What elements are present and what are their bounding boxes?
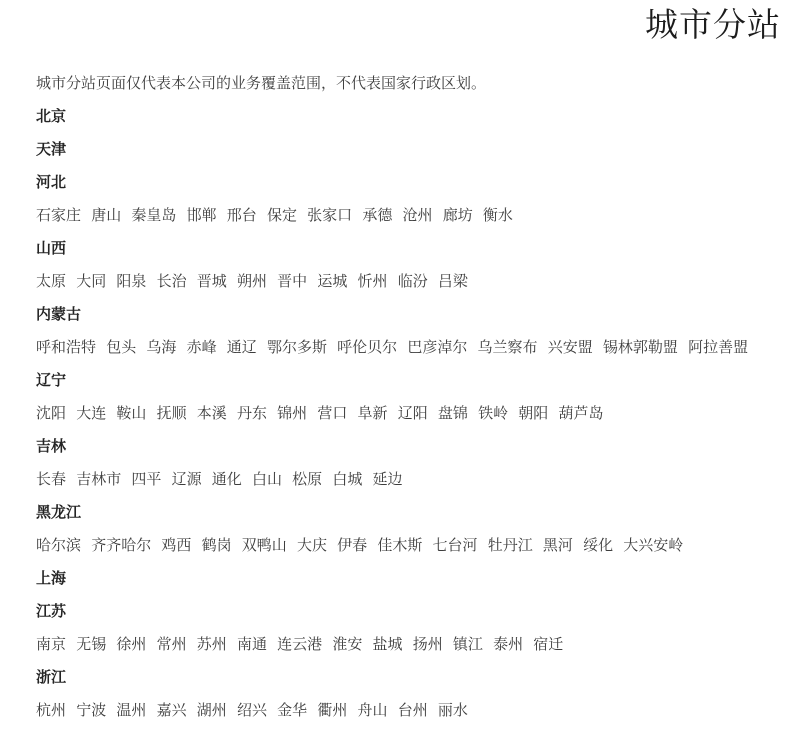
city-link[interactable]: 鹤岗 (202, 536, 232, 556)
city-link[interactable]: 太原 (36, 272, 66, 292)
city-link[interactable]: 四平 (131, 470, 161, 490)
city-link[interactable]: 湖州 (197, 701, 227, 721)
city-link[interactable]: 温州 (116, 701, 146, 721)
city-link[interactable]: 淮安 (332, 635, 362, 655)
city-link[interactable]: 营口 (317, 404, 347, 424)
city-link[interactable]: 盘锦 (438, 404, 468, 424)
city-link[interactable]: 长春 (36, 470, 66, 490)
city-link[interactable]: 张家口 (307, 206, 352, 226)
city-link[interactable]: 乌兰察布 (478, 338, 538, 358)
city-link[interactable]: 常州 (157, 635, 187, 655)
page-description: 城市分站页面仅代表本公司的业务覆盖范围，不代表国家行政区划。 (36, 74, 781, 94)
city-list: 杭州 宁波 温州 嘉兴 湖州 绍兴 金华 衢州 舟山 台州 丽水 (36, 701, 781, 721)
city-link[interactable]: 镇江 (453, 635, 483, 655)
city-link[interactable]: 锡林郭勒盟 (603, 338, 678, 358)
city-link[interactable]: 白山 (252, 470, 282, 490)
city-link[interactable]: 抚顺 (157, 404, 187, 424)
city-link[interactable]: 邯郸 (187, 206, 217, 226)
city-link[interactable]: 丹东 (237, 404, 267, 424)
province-heading: 黑龙江 (36, 503, 781, 523)
city-link[interactable]: 赤峰 (187, 338, 217, 358)
city-link[interactable]: 兴安盟 (548, 338, 593, 358)
city-link[interactable]: 无锡 (76, 635, 106, 655)
province-heading: 江苏 (36, 602, 781, 622)
city-link[interactable]: 大兴安岭 (623, 536, 683, 556)
city-link[interactable]: 台州 (398, 701, 428, 721)
city-link[interactable]: 双鸭山 (242, 536, 287, 556)
city-list: 长春 吉林市 四平 辽源 通化 白山 松原 白城 延边 (36, 470, 781, 490)
city-link[interactable]: 南京 (36, 635, 66, 655)
city-link[interactable]: 黑河 (543, 536, 573, 556)
city-link[interactable]: 沈阳 (36, 404, 66, 424)
city-list: 呼和浩特 包头 乌海 赤峰 通辽 鄂尔多斯 呼伦贝尔 巴彦淖尔 乌兰察布 兴安盟… (36, 338, 781, 358)
province-heading: 辽宁 (36, 371, 781, 391)
city-list: 南京 无锡 徐州 常州 苏州 南通 连云港 淮安 盐城 扬州 镇江 泰州 宿迁 (36, 635, 781, 655)
province-heading: 吉林 (36, 437, 781, 457)
province-heading: 北京 (36, 107, 781, 127)
city-link[interactable]: 承德 (362, 206, 392, 226)
city-link[interactable]: 鄂尔多斯 (267, 338, 327, 358)
city-link[interactable]: 连云港 (277, 635, 322, 655)
city-link[interactable]: 大庆 (297, 536, 327, 556)
city-link[interactable]: 吕梁 (438, 272, 468, 292)
city-link[interactable]: 佳木斯 (377, 536, 422, 556)
city-link[interactable]: 巴彦淖尔 (407, 338, 467, 358)
city-list: 太原 大同 阳泉 长治 晋城 朔州 晋中 运城 忻州 临汾 吕梁 (36, 272, 781, 292)
city-link[interactable]: 绥化 (583, 536, 613, 556)
city-link[interactable]: 朔州 (237, 272, 267, 292)
province-heading: 天津 (36, 140, 781, 160)
city-link[interactable]: 徐州 (116, 635, 146, 655)
city-link[interactable]: 七台河 (433, 536, 478, 556)
city-link[interactable]: 哈尔滨 (36, 536, 81, 556)
city-link[interactable]: 辽源 (172, 470, 202, 490)
city-link[interactable]: 忻州 (358, 272, 388, 292)
city-link[interactable]: 盐城 (373, 635, 403, 655)
city-link[interactable]: 呼和浩特 (36, 338, 96, 358)
province-heading: 山西 (36, 239, 781, 259)
city-link[interactable]: 铁岭 (478, 404, 508, 424)
city-link[interactable]: 运城 (317, 272, 347, 292)
city-link[interactable]: 舟山 (358, 701, 388, 721)
city-link[interactable]: 保定 (267, 206, 297, 226)
city-link[interactable]: 泰州 (493, 635, 523, 655)
city-link[interactable]: 衢州 (317, 701, 347, 721)
city-link[interactable]: 廊坊 (443, 206, 473, 226)
city-link[interactable]: 晋城 (197, 272, 227, 292)
city-link[interactable]: 嘉兴 (157, 701, 187, 721)
city-link[interactable]: 葫芦岛 (558, 404, 603, 424)
city-link[interactable]: 阜新 (358, 404, 388, 424)
city-link[interactable]: 吉林市 (76, 470, 121, 490)
city-link[interactable]: 杭州 (36, 701, 66, 721)
city-link[interactable]: 阿拉善盟 (688, 338, 748, 358)
city-substations-page: 城市分站 城市分站页面仅代表本公司的业务覆盖范围，不代表国家行政区划。 北京天津… (0, 0, 791, 729)
city-link[interactable]: 金华 (277, 701, 307, 721)
city-link[interactable]: 沧州 (403, 206, 433, 226)
city-link[interactable]: 齐齐哈尔 (91, 536, 151, 556)
city-link[interactable]: 临汾 (398, 272, 428, 292)
city-link[interactable]: 衡水 (483, 206, 513, 226)
city-link[interactable]: 绍兴 (237, 701, 267, 721)
city-list: 石家庄 唐山 秦皇岛 邯郸 邢台 保定 张家口 承德 沧州 廊坊 衡水 (36, 206, 781, 226)
city-link[interactable]: 通化 (212, 470, 242, 490)
city-link[interactable]: 宿迁 (533, 635, 563, 655)
page-title: 城市分站 (36, 6, 781, 44)
city-link[interactable]: 唐山 (91, 206, 121, 226)
city-link[interactable]: 大同 (76, 272, 106, 292)
city-link[interactable]: 苏州 (197, 635, 227, 655)
city-link[interactable]: 辽阳 (398, 404, 428, 424)
city-link[interactable]: 伊春 (337, 536, 367, 556)
city-list: 沈阳 大连 鞍山 抚顺 本溪 丹东 锦州 营口 阜新 辽阳 盘锦 铁岭 朝阳 葫… (36, 404, 781, 424)
city-link[interactable]: 石家庄 (36, 206, 81, 226)
city-link[interactable]: 通辽 (227, 338, 257, 358)
city-link[interactable]: 丽水 (438, 701, 468, 721)
city-link[interactable]: 鞍山 (116, 404, 146, 424)
city-link[interactable]: 牡丹江 (488, 536, 533, 556)
city-link[interactable]: 秦皇岛 (131, 206, 176, 226)
city-link[interactable]: 晋中 (277, 272, 307, 292)
city-link[interactable]: 白城 (332, 470, 362, 490)
city-list: 哈尔滨 齐齐哈尔 鸡西 鹤岗 双鸭山 大庆 伊春 佳木斯 七台河 牡丹江 黑河 … (36, 536, 781, 556)
province-heading: 内蒙古 (36, 305, 781, 325)
city-link[interactable]: 延边 (373, 470, 403, 490)
city-link[interactable]: 阳泉 (116, 272, 146, 292)
province-heading: 浙江 (36, 668, 781, 688)
regions-list: 北京天津河北石家庄 唐山 秦皇岛 邯郸 邢台 保定 张家口 承德 沧州 廊坊 衡… (36, 107, 781, 721)
city-link[interactable]: 松原 (292, 470, 322, 490)
province-heading: 上海 (36, 569, 781, 589)
city-link[interactable]: 扬州 (413, 635, 443, 655)
province-heading: 河北 (36, 173, 781, 193)
city-link[interactable]: 乌海 (146, 338, 176, 358)
city-link[interactable]: 本溪 (197, 404, 227, 424)
city-link[interactable]: 南通 (237, 635, 267, 655)
city-link[interactable]: 长治 (157, 272, 187, 292)
city-link[interactable]: 鸡西 (161, 536, 191, 556)
city-link[interactable]: 锦州 (277, 404, 307, 424)
city-link[interactable]: 包头 (106, 338, 136, 358)
city-link[interactable]: 宁波 (76, 701, 106, 721)
city-link[interactable]: 大连 (76, 404, 106, 424)
city-link[interactable]: 呼伦贝尔 (337, 338, 397, 358)
city-link[interactable]: 朝阳 (518, 404, 548, 424)
city-link[interactable]: 邢台 (227, 206, 257, 226)
